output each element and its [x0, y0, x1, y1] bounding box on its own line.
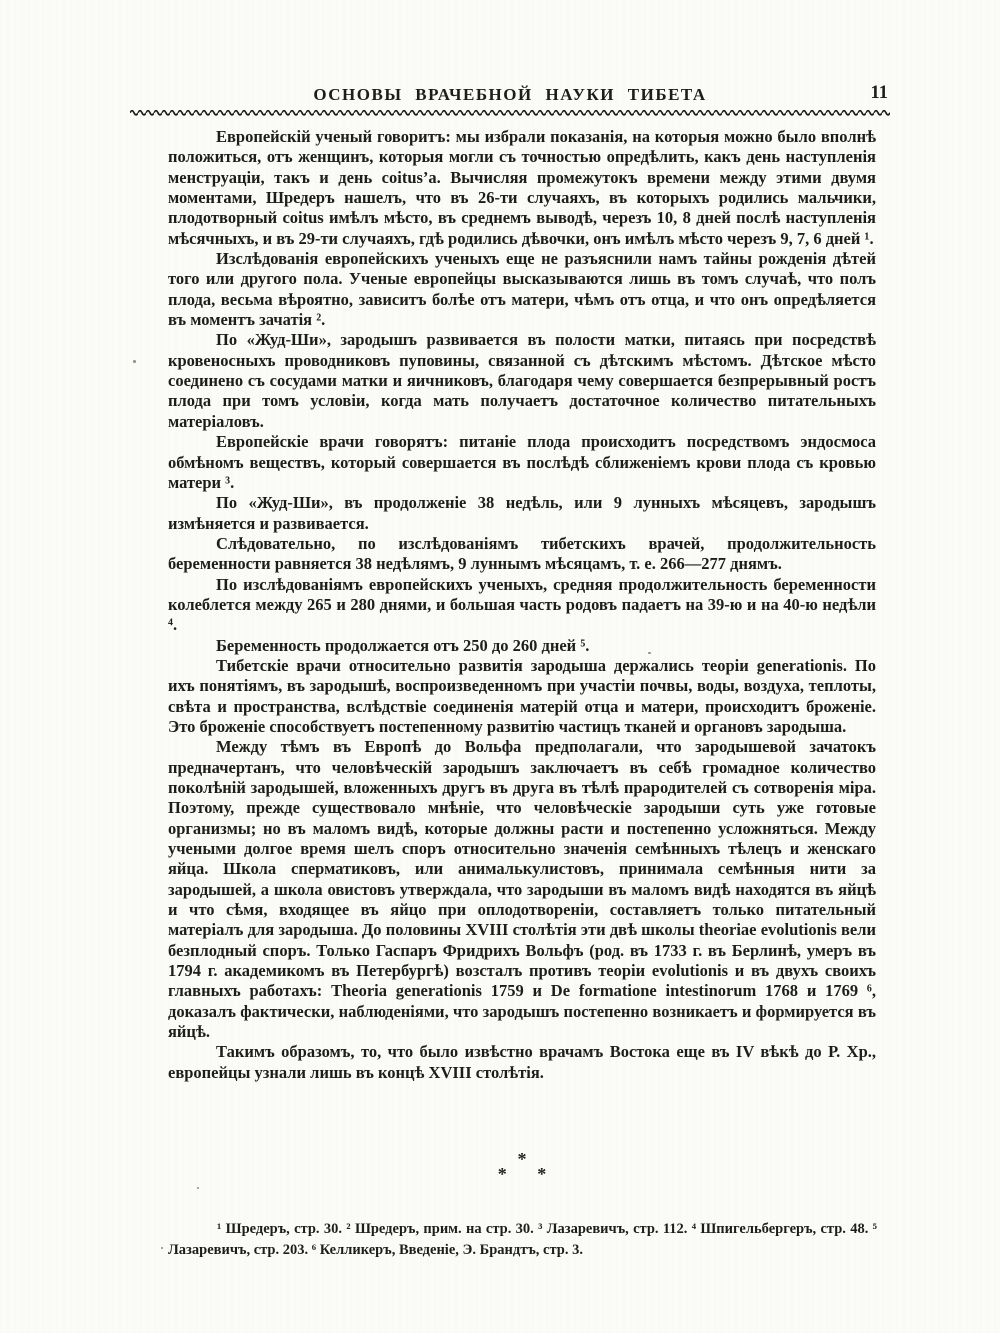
asterism-star-bottom-right: * [537, 1167, 546, 1182]
asterism-star-bottom-left: * [498, 1167, 507, 1182]
scan-speck [133, 360, 136, 363]
body-paragraph: По «Жуд-Ши», въ продолженіе 38 недѣль, и… [168, 493, 876, 534]
page-title: ОСНОВЫ ВРАЧЕБНОЙ НАУКИ ТИБЕТА [313, 85, 706, 104]
body-paragraph: Между тѣмъ въ Европѣ до Вольфа предполаг… [168, 737, 876, 1042]
footnotes-block: ¹ Шредеръ, стр. 30. ² Шредеръ, прим. на … [168, 1219, 877, 1262]
body-paragraph: Тибетскіе врачи относительно развитія за… [168, 656, 876, 737]
body-paragraph: Беременность продолжается отъ 250 до 260… [168, 636, 876, 656]
scan-speck [648, 652, 651, 654]
body-paragraph: Слѣдовательно, по изслѣдованіямъ тибетск… [168, 534, 876, 575]
scan-speck [197, 1187, 199, 1189]
body-paragraph: Европейскій ученый говоритъ: мы избрали … [168, 127, 876, 249]
page-number: 11 [871, 83, 888, 104]
body-paragraph: По изслѣдованіямъ европейскихъ ученыхъ, … [168, 575, 876, 636]
asterism-section-break: * * * [168, 1152, 876, 1182]
running-head: ОСНОВЫ ВРАЧЕБНОЙ НАУКИ ТИБЕТА 11 [130, 85, 890, 105]
body-paragraph: По «Жуд-Ши», зародышъ развивается въ пол… [168, 330, 876, 432]
body-paragraph: Изслѣдованія европейскихъ ученыхъ еще не… [168, 249, 876, 330]
scan-speck [161, 1247, 163, 1249]
scanned-book-page: ОСНОВЫ ВРАЧЕБНОЙ НАУКИ ТИБЕТА 11 Европей… [0, 0, 1000, 1333]
body-paragraph: Европейскіе врачи говорятъ: питаніе плод… [168, 432, 876, 493]
body-paragraph: Такимъ образомъ, то, что было извѣстно в… [168, 1042, 876, 1083]
body-text-column: Европейскій ученый говоритъ: мы избрали … [168, 127, 876, 1083]
wavy-rule-divider [130, 106, 890, 116]
